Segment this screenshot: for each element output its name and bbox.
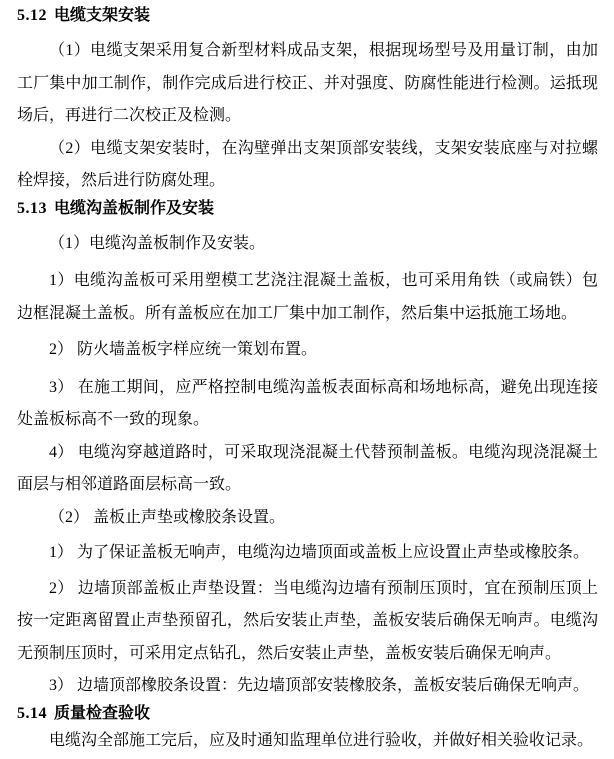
section-heading: 5.13电缆沟盖板制作及安装: [17, 198, 598, 220]
paragraph: （2） 盖板止声垫或橡胶条设置。: [17, 502, 598, 535]
section-quality-inspection-acceptance: 5.14质量检查验收 电缆沟全部施工完后，应及时通知监理单位进行验收，并做好相关…: [17, 703, 598, 758]
section-title: 电缆支架安装: [54, 7, 150, 24]
document-page: 5.12电缆支架安装 （1）电缆支架采用复合新型材料成品支架，根据现场型号及用量…: [0, 0, 614, 759]
paragraph: 1） 为了保证盖板无响声，电缆沟边墙顶面或盖板上应设置止声垫或橡胶条。: [17, 537, 598, 570]
section-number: 5.14: [17, 705, 47, 722]
section-cable-support-installation: 5.12电缆支架安装 （1）电缆支架采用复合新型材料成品支架，根据现场型号及用量…: [17, 5, 598, 198]
section-title: 电缆沟盖板制作及安装: [54, 200, 214, 217]
paragraph: 3） 边墙顶部橡胶条设置：先边墙顶部安装橡胶条，盖板安装后确保无响声。: [17, 670, 598, 703]
paragraph: （1）电缆支架采用复合新型材料成品支架，根据现场型号及用量订制，由加工厂集中加工…: [17, 35, 598, 133]
section-heading: 5.12电缆支架安装: [17, 5, 598, 27]
section-heading: 5.14质量检查验收: [17, 703, 598, 725]
paragraph: 3） 在施工期间，应严格控制电缆沟盖板表面标高和场地标高，避免出现连接处盖板标高…: [17, 372, 598, 437]
section-number: 5.13: [17, 200, 47, 217]
paragraph: （2）电缆支架安装时，在沟壁弹出支架顶部安装线，支架安装底座与对拉螺栓焊接，然后…: [17, 133, 598, 198]
section-title: 质量检查验收: [54, 705, 150, 722]
paragraph: 4） 电缆沟穿越道路时，可采取现浇混凝土代替预制盖板。电缆沟现浇混凝土面层与相邻…: [17, 437, 598, 502]
section-trench-cover-fabrication: 5.13电缆沟盖板制作及安装 （1）电缆沟盖板制作及安装。 1）电缆沟盖板可采用…: [17, 198, 598, 703]
paragraph: 2） 边墙顶部盖板止声垫设置：当电缆沟边墙有预制压顶时，宜在预制压顶上按一定距离…: [17, 573, 598, 671]
paragraph: （1）电缆沟盖板制作及安装。: [17, 228, 598, 261]
paragraph: 1）电缆沟盖板可采用塑模工艺浇注混凝土盖板，也可采用角铁（或扁铁）包边框混凝土盖…: [17, 265, 598, 330]
section-number: 5.12: [17, 7, 47, 24]
paragraph: 2） 防火墙盖板字样应统一策划布置。: [17, 334, 598, 367]
paragraph: 电缆沟全部施工完后，应及时通知监理单位进行验收，并做好相关验收记录。: [17, 725, 598, 758]
